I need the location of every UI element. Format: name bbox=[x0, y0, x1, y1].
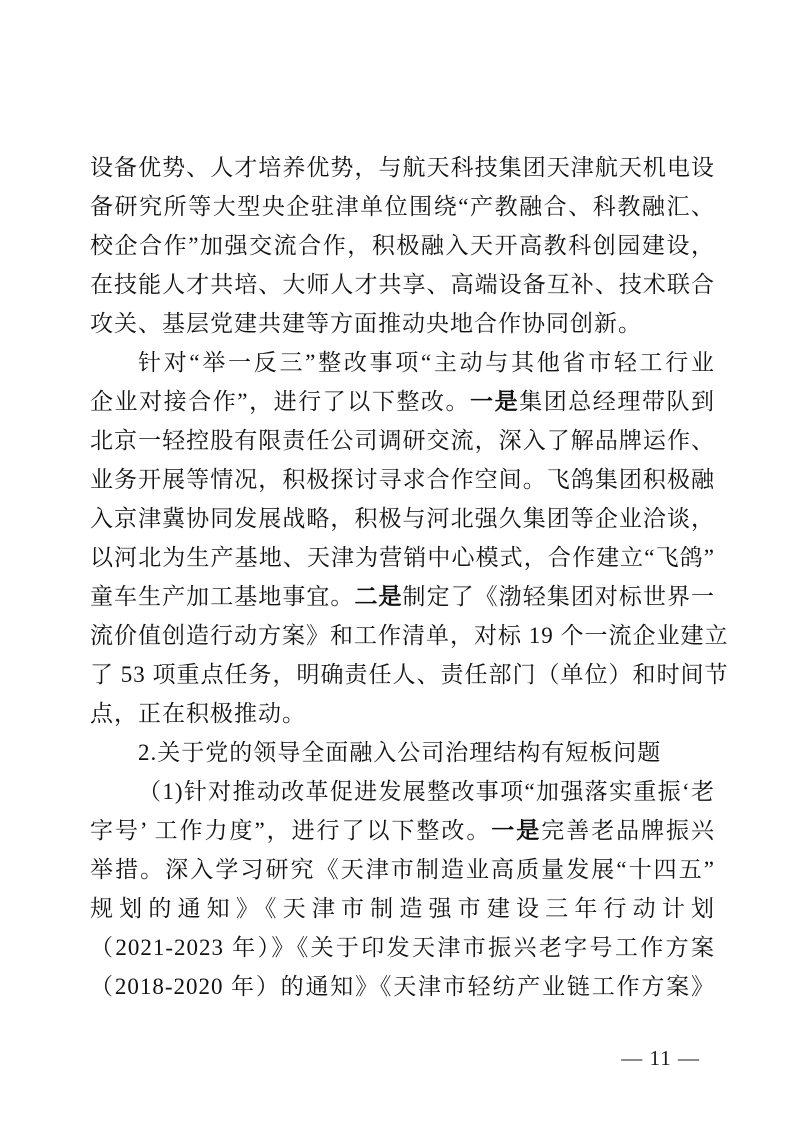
text-segment: 设备优势、人才培养优势，与航天科技集团天津航天机电设 bbox=[90, 155, 715, 180]
text-segment: 点，正在积极推动。 bbox=[90, 701, 306, 726]
text-segment: （2018-2020 年）的通知》《天津市轻纺产业链工作方案》 bbox=[90, 974, 715, 999]
text-line: 攻关、基层党建共建等方面推动央地合作协同创新。 bbox=[90, 304, 715, 343]
text-segment: 规划的通知》《天津市制造强市建设三年行动计划 bbox=[90, 896, 715, 921]
text-line: 企业对接合作”，进行了以下整改。一是集团总经理带队到 bbox=[90, 382, 715, 421]
text-segment: 流价值创造行动方案》和工作清单，对标 19 个一流企业建立 bbox=[90, 623, 729, 648]
text-line: 针对“举一反三”整改事项“主动与其他省市轻工行业 bbox=[90, 343, 715, 382]
text-segment: 2.关于党的领导全面融入公司治理结构有短板问题 bbox=[138, 740, 661, 765]
text-segment: （1)针对推动改革促进发展整改事项“加强落实重振‘老 bbox=[138, 779, 715, 804]
text-line: 举措。深入学习研究《天津市制造业高质量发展“十四五” bbox=[90, 850, 715, 889]
text-segment: 入京津冀协同发展战略，积极与河北强久集团等企业洽谈， bbox=[90, 506, 715, 531]
text-segment: 了 53 项重点任务，明确责任人、责任部门（单位）和时间节 bbox=[90, 662, 729, 687]
text-segment: 备研究所等大型央企驻津单位围绕“产教融合、科教融汇、 bbox=[90, 194, 715, 219]
text-segment: 完善老品牌振兴 bbox=[541, 818, 715, 843]
text-segment: 举措。深入学习研究《天津市制造业高质量发展“十四五” bbox=[90, 857, 715, 882]
text-line: 以河北为生产基地、天津为营销中心模式，合作建立“飞鸽” bbox=[90, 538, 715, 577]
text-line: 点，正在积极推动。 bbox=[90, 694, 715, 733]
page-number: — 11 — bbox=[621, 1046, 700, 1070]
text-line: 童车生产加工基地事宜。二是制定了《渤轻集团对标世界一 bbox=[90, 577, 715, 616]
bold-text-segment: 二是 bbox=[354, 584, 402, 609]
text-line: （2018-2020 年）的通知》《天津市轻纺产业链工作方案》 bbox=[90, 967, 715, 1006]
text-line: 流价值创造行动方案》和工作清单，对标 19 个一流企业建立 bbox=[90, 616, 715, 655]
text-segment: 制定了《渤轻集团对标世界一 bbox=[403, 584, 715, 609]
page: 设备优势、人才培养优势，与航天科技集团天津航天机电设备研究所等大型央企驻津单位围… bbox=[0, 0, 800, 1131]
text-line: （1)针对推动改革促进发展整改事项“加强落实重振‘老 bbox=[90, 772, 715, 811]
text-line: 备研究所等大型央企驻津单位围绕“产教融合、科教融汇、 bbox=[90, 187, 715, 226]
text-segment: 在技能人才共培、大师人才共享、高端设备互补、技术联合 bbox=[90, 272, 715, 297]
text-line: 业务开展等情况，积极探讨寻求合作空间。飞鸽集团积极融 bbox=[90, 460, 715, 499]
text-segment: 校企合作”加强交流合作，积极融入天开高教科创园建设， bbox=[90, 233, 715, 258]
text-line: 入京津冀协同发展战略，积极与河北强久集团等企业洽谈， bbox=[90, 499, 715, 538]
text-line: 字号’ 工作力度”，进行了以下整改。一是完善老品牌振兴 bbox=[90, 811, 715, 850]
bold-text-segment: 一是 bbox=[470, 389, 519, 414]
text-line: 设备优势、人才培养优势，与航天科技集团天津航天机电设 bbox=[90, 148, 715, 187]
text-segment: 集团总经理带队到 bbox=[519, 389, 715, 414]
text-segment: 字号’ 工作力度”，进行了以下整改。 bbox=[90, 818, 491, 843]
document-body: 设备优势、人才培养优势，与航天科技集团天津航天机电设备研究所等大型央企驻津单位围… bbox=[90, 148, 715, 1006]
text-segment: 北京一轻控股有限责任公司调研交流，深入了解品牌运作、 bbox=[90, 428, 715, 453]
text-line: （2021-2023 年）》《关于印发天津市振兴老字号工作方案 bbox=[90, 928, 715, 967]
heading-line: 2.关于党的领导全面融入公司治理结构有短板问题 bbox=[90, 733, 715, 772]
text-segment: 针对“举一反三”整改事项“主动与其他省市轻工行业 bbox=[138, 350, 715, 375]
text-segment: （2021-2023 年）》《关于印发天津市振兴老字号工作方案 bbox=[90, 935, 715, 960]
bold-text-segment: 一是 bbox=[491, 818, 541, 843]
text-line: 规划的通知》《天津市制造强市建设三年行动计划 bbox=[90, 889, 715, 928]
text-line: 了 53 项重点任务，明确责任人、责任部门（单位）和时间节 bbox=[90, 655, 715, 694]
text-segment: 企业对接合作”，进行了以下整改。 bbox=[90, 389, 470, 414]
text-line: 校企合作”加强交流合作，积极融入天开高教科创园建设， bbox=[90, 226, 715, 265]
text-segment: 攻关、基层党建共建等方面推动央地合作协同创新。 bbox=[90, 311, 642, 336]
text-segment: 业务开展等情况，积极探讨寻求合作空间。飞鸽集团积极融 bbox=[90, 467, 715, 492]
text-line: 北京一轻控股有限责任公司调研交流，深入了解品牌运作、 bbox=[90, 421, 715, 460]
text-line: 在技能人才共培、大师人才共享、高端设备互补、技术联合 bbox=[90, 265, 715, 304]
text-segment: 以河北为生产基地、天津为营销中心模式，合作建立“飞鸽” bbox=[90, 545, 715, 570]
text-segment: 童车生产加工基地事宜。 bbox=[90, 584, 354, 609]
